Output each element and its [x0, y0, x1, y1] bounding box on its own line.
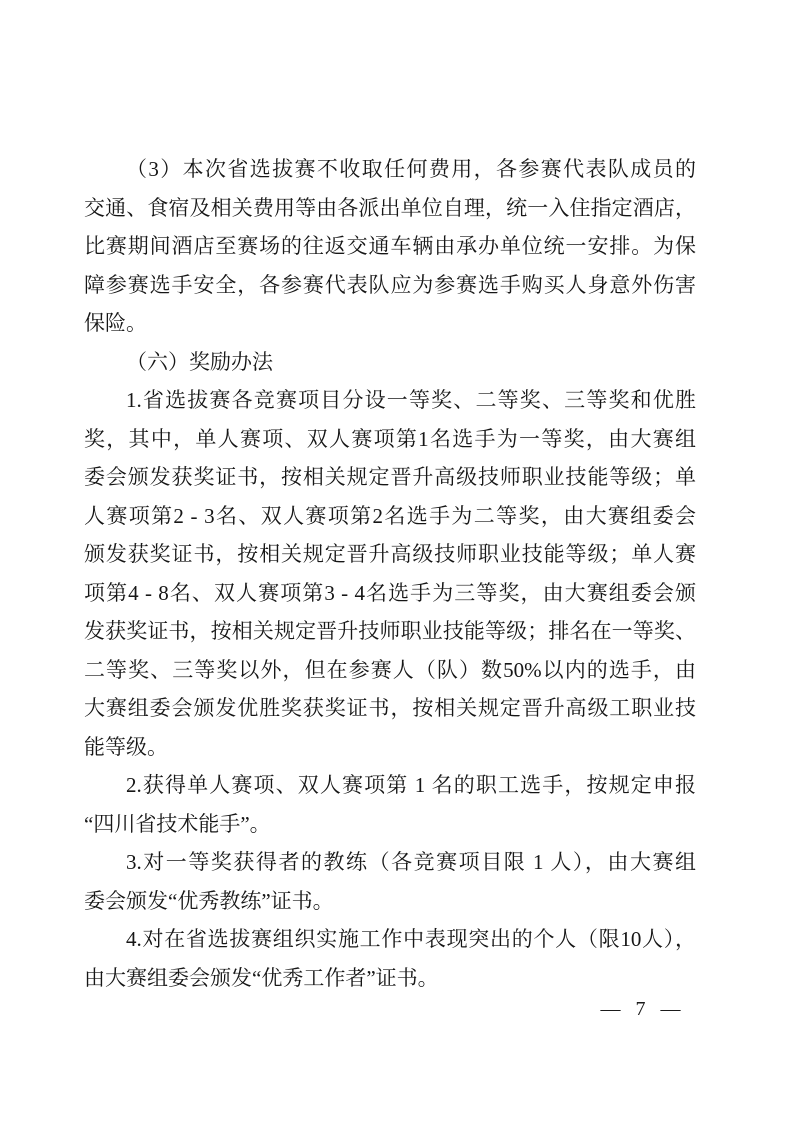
- text-line: 二等奖、三等奖以外，但在参赛人（队）数50%以内的选手，由: [84, 651, 696, 690]
- text-line: 能等级。: [84, 728, 696, 767]
- page-number: — 7 —: [588, 998, 698, 1021]
- document-page: （3）本次省选拔赛不收取任何费用，各参赛代表队成员的交通、食宿及相关费用等由各派…: [0, 0, 793, 1122]
- text-line: 1.省选拔赛各竞赛项目分设一等奖、二等奖、三等奖和优胜: [84, 381, 696, 420]
- text-line: 颁发获奖证书，按相关规定晋升高级技师职业技能等级；单人赛: [84, 535, 696, 574]
- text-line: 保险。: [84, 304, 696, 343]
- text-line: 由大赛组委会颁发“优秀工作者”证书。: [84, 959, 696, 998]
- text-line: 2.获得单人赛项、双人赛项第 1 名的职工选手，按规定申报: [84, 766, 696, 805]
- text-line: 障参赛选手安全，各参赛代表队应为参赛选手购买人身意外伤害: [84, 266, 696, 305]
- text-line: 4.对在省选拔赛组织实施工作中表现突出的个人（限10人），: [84, 920, 696, 959]
- text-line: 项第4 - 8名、双人赛项第3 - 4名选手为三等奖，由大赛组委会颁: [84, 574, 696, 613]
- text-line: “四川省技术能手”。: [84, 805, 696, 844]
- text-line: （3）本次省选拔赛不收取任何费用，各参赛代表队成员的: [84, 150, 696, 189]
- text-line: 交通、食宿及相关费用等由各派出单位自理，统一入住指定酒店，: [84, 189, 696, 228]
- text-line: 人赛项第2 - 3名、双人赛项第2名选手为二等奖，由大赛组委会: [84, 497, 696, 536]
- text-line: （六）奖励办法: [84, 343, 696, 382]
- text-line: 比赛期间酒店至赛场的往返交通车辆由承办单位统一安排。为保: [84, 227, 696, 266]
- text-line: 发获奖证书，按相关规定晋升技师职业技能等级；排名在一等奖、: [84, 612, 696, 651]
- text-line: 委会颁发获奖证书，按相关规定晋升高级技师职业技能等级；单: [84, 458, 696, 497]
- text-line: 3.对一等奖获得者的教练（各竞赛项目限 1 人），由大赛组: [84, 843, 696, 882]
- text-line: 大赛组委会颁发优胜奖获奖证书，按相关规定晋升高级工职业技: [84, 689, 696, 728]
- text-line: 奖，其中，单人赛项、双人赛项第1名选手为一等奖，由大赛组: [84, 420, 696, 459]
- text-block: （3）本次省选拔赛不收取任何费用，各参赛代表队成员的交通、食宿及相关费用等由各派…: [84, 150, 696, 997]
- text-line: 委会颁发“优秀教练”证书。: [84, 882, 696, 921]
